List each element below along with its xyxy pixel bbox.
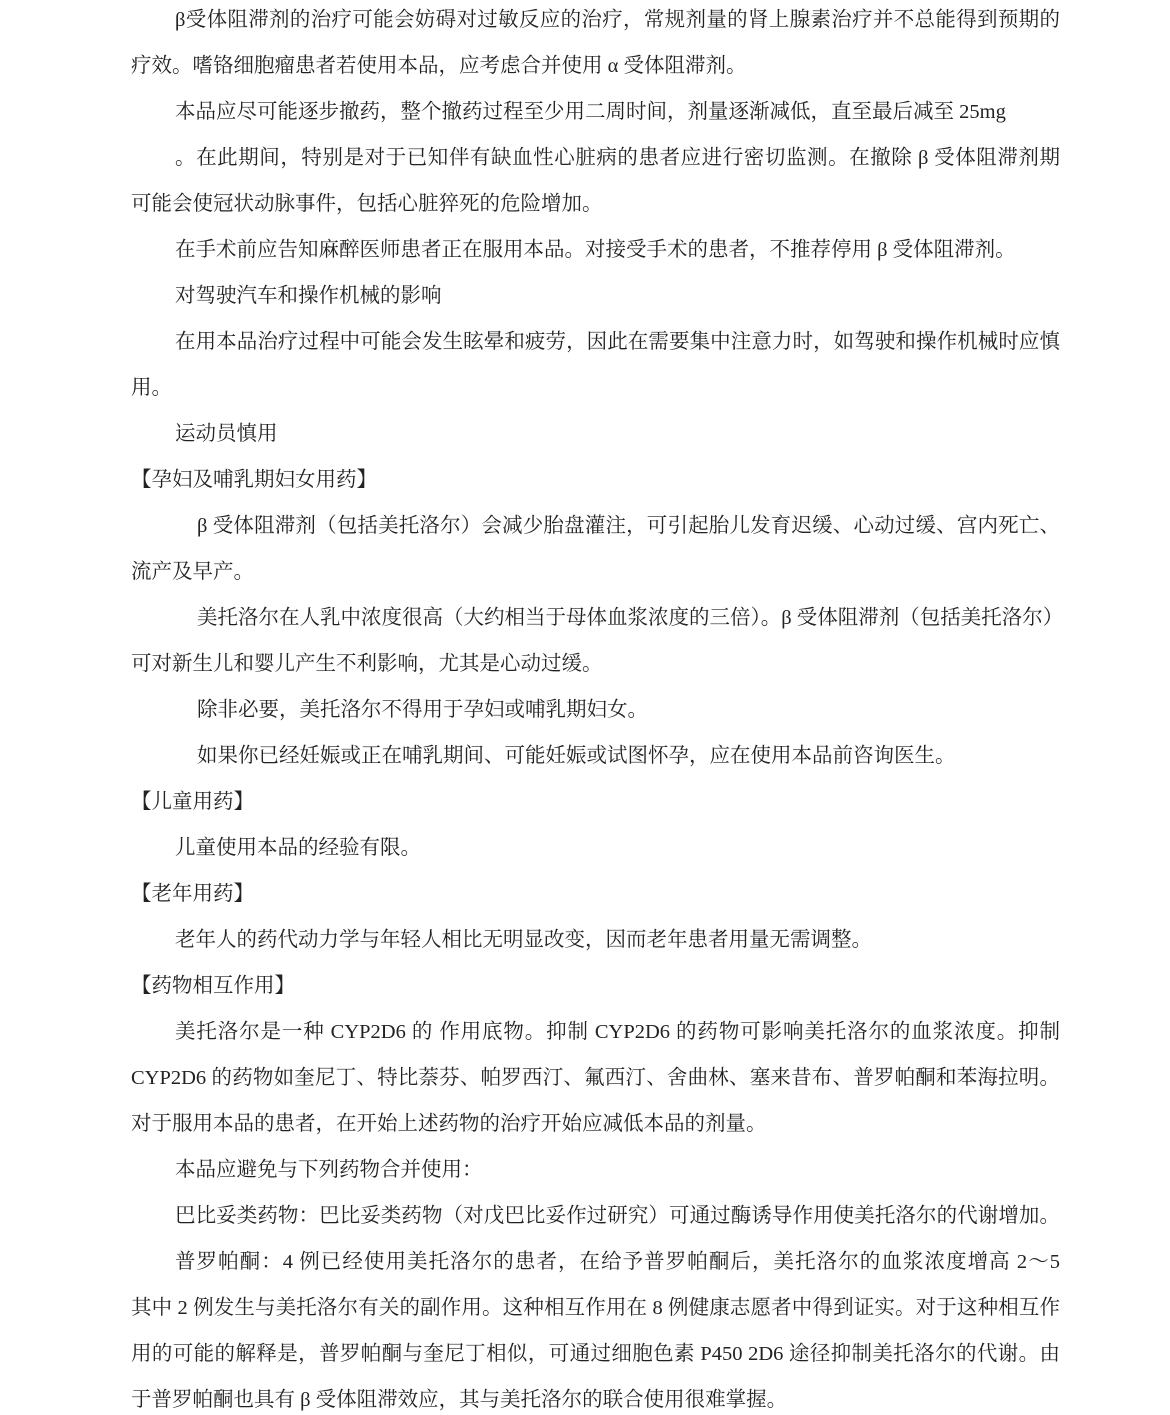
section-heading: 【药物相互作用】 [131, 963, 1060, 1009]
body-text-line: 如果你已经妊娠或正在哺乳期间、可能妊娠或试图怀孕，应在使用本品前咨询医生。 [131, 733, 1060, 779]
body-text-line: 除非必要，美托洛尔不得用于孕妇或哺乳期妇女。 [131, 687, 1060, 733]
body-text-line: 老年人的药代动力学与年轻人相比无明显改变，因而老年患者用量无需调整。 [131, 917, 1060, 963]
body-text-line: 运动员慎用 [131, 411, 1060, 457]
body-text-line: 。在此期间，特别是对于已知伴有缺血性心脏病的患者应进行密切监测。在撤除 β 受体… [131, 135, 1060, 181]
document-body: β受体阻滞剂的治疗可能会妨碍对过敏反应的治疗，常规剂量的肾上腺素治疗并不总能得到… [131, 0, 1060, 1415]
body-text-line: 可对新生儿和婴儿产生不利影响，尤其是心动过缓。 [131, 641, 1060, 687]
body-text-line: 美托洛尔是一种 CYP2D6 的 作用底物。抑制 CYP2D6 的药物可影响美托… [131, 1009, 1060, 1055]
body-text-line: CYP2D6 的药物如奎尼丁、特比萘芬、帕罗西汀、氟西汀、舍曲林、塞来昔布、普罗… [131, 1055, 1060, 1101]
body-text-line: 在用本品治疗过程中可能会发生眩晕和疲劳，因此在需要集中注意力时，如驾驶和操作机械… [131, 319, 1060, 365]
section-heading: 【老年用药】 [131, 871, 1060, 917]
body-text-line: 其中 2 例发生与美托洛尔有关的副作用。这种相互作用在 8 例健康志愿者中得到证… [131, 1285, 1060, 1331]
section-heading: 【儿童用药】 [131, 779, 1060, 825]
section-heading: 【孕妇及哺乳期妇女用药】 [131, 457, 1060, 503]
body-text-line: 于普罗帕酮也具有 β 受体阻滞效应，其与美托洛尔的联合使用很难掌握。 [131, 1377, 1060, 1415]
body-text-line: 美托洛尔在人乳中浓度很高（大约相当于母体血浆浓度的三倍）。β 受体阻滞剂（包括美… [131, 595, 1060, 641]
body-text-line: 巴比妥类药物：巴比妥类药物（对戊巴比妥作过研究）可通过酶诱导作用使美托洛尔的代谢… [131, 1193, 1060, 1239]
body-text-line: 用。 [131, 365, 1060, 411]
body-text-line: 用的可能的解释是，普罗帕酮与奎尼丁相似，可通过细胞色素 P450 2D6 途径抑… [131, 1331, 1060, 1377]
body-text-line: 本品应尽可能逐步撤药，整个撤药过程至少用二周时间，剂量逐渐减低，直至最后减至 2… [131, 89, 1060, 135]
body-text-line: 流产及早产。 [131, 549, 1060, 595]
body-text-line: 普罗帕酮：4 例已经使用美托洛尔的患者，在给予普罗帕酮后，美托洛尔的血浆浓度增高… [131, 1239, 1060, 1285]
body-text-line: 疗效。嗜铬细胞瘤患者若使用本品，应考虑合并使用 α 受体阻滞剂。 [131, 43, 1060, 89]
body-text-line: β受体阻滞剂的治疗可能会妨碍对过敏反应的治疗，常规剂量的肾上腺素治疗并不总能得到… [131, 0, 1060, 43]
body-text-line: 对于服用本品的患者，在开始上述药物的治疗开始应减低本品的剂量。 [131, 1101, 1060, 1147]
body-text-line: 对驾驶汽车和操作机械的影响 [131, 273, 1060, 319]
body-text-line: 本品应避免与下列药物合并使用： [131, 1147, 1060, 1193]
body-text-line: 可能会使冠状动脉事件，包括心脏猝死的危险增加。 [131, 181, 1060, 227]
body-text-line: 在手术前应告知麻醉医师患者正在服用本品。对接受手术的患者，不推荐停用 β 受体阻… [131, 227, 1060, 273]
body-text-line: β 受体阻滞剂（包括美托洛尔）会减少胎盘灌注，可引起胎儿发育迟缓、心动过缓、宫内… [131, 503, 1060, 549]
body-text-line: 儿童使用本品的经验有限。 [131, 825, 1060, 871]
drug-leaflet-page: β受体阻滞剂的治疗可能会妨碍对过敏反应的治疗，常规剂量的肾上腺素治疗并不总能得到… [0, 0, 1170, 1415]
